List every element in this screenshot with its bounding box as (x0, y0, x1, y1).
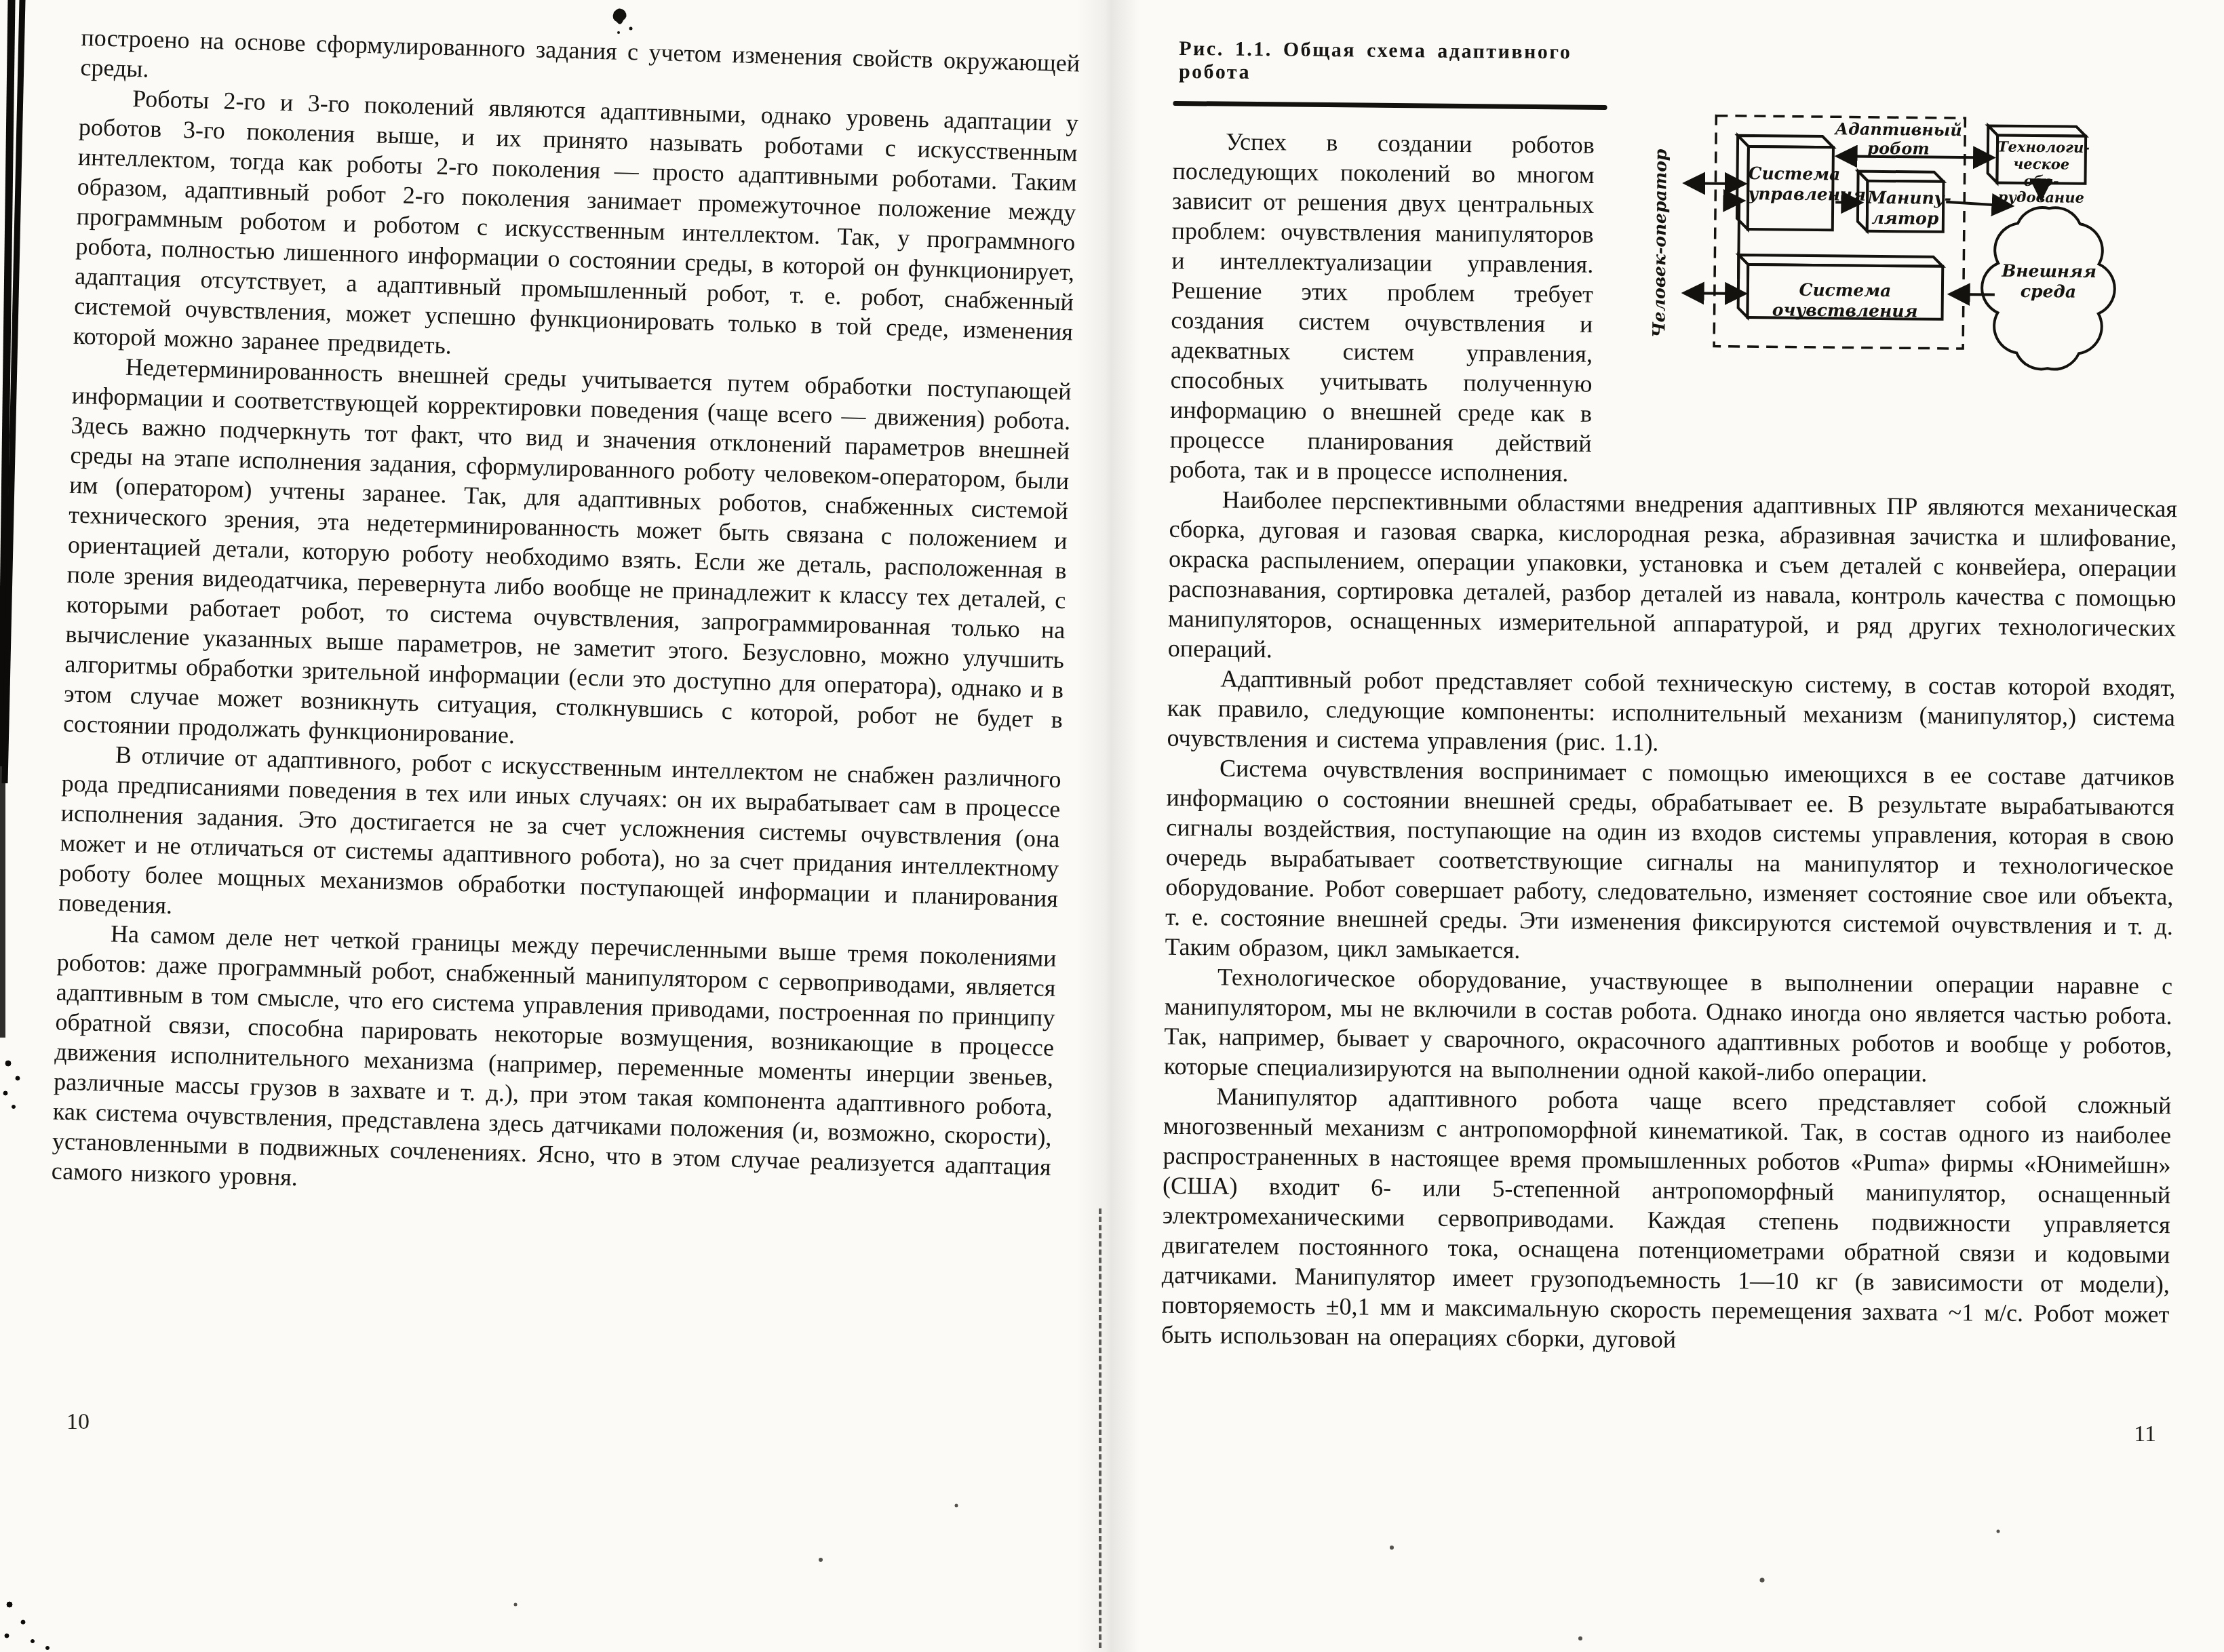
equipment-label: Технологи- ческое обо- рудование (1997, 139, 2086, 207)
sensing-system-label: Система очувствления (1748, 279, 1943, 321)
operator-sensing-arrow (1684, 293, 1745, 294)
figure-caption: Рис. 1.1. Общая схема адаптивного робота (1179, 37, 1641, 88)
paragraph: Наиболее перспективными областями внедре… (1168, 484, 2177, 673)
environment-sensing-arrow (1950, 294, 1995, 295)
paragraph: В отличие от адаптивного, робот с искусс… (58, 739, 1061, 943)
paragraph: Роботы 2-го и 3-го поколений являются ад… (73, 82, 1079, 376)
paragraph: Недетерминированность внешней среды учит… (63, 351, 1072, 764)
operator-control-arrow (1685, 183, 1744, 184)
human-operator-label: Человек-оператор (1649, 101, 1673, 386)
right-page: Адаптивный робот Система управления Мани… (1129, 0, 2224, 1652)
left-page-text-block: построено на основе сформулированного за… (51, 22, 1080, 1212)
left-page: построено на основе сформулированного за… (27, 0, 1102, 1652)
book-scan: построено на основе сформулированного за… (0, 0, 2224, 1652)
right-page-text-block: Адаптивный робот Система управления Мани… (1161, 37, 2182, 1359)
paragraph: Манипулятор адаптивного робота чаще всег… (1161, 1081, 2172, 1359)
manipulator-label: Манипу- лятор (1867, 188, 1944, 229)
paragraph: Адаптивный робот представляет собой техн… (1167, 663, 2175, 762)
paragraph: Технологическое оборудование, участвующе… (1164, 962, 2173, 1090)
caption-rule (1173, 101, 1607, 110)
diagram-linework (1601, 41, 2182, 454)
adaptive-robot-label: Адаптивный робот (1828, 119, 1970, 159)
paragraph: На самом деле нет четкой границы между п… (51, 918, 1057, 1212)
figure-1-1-diagram: Адаптивный робот Система управления Мани… (1601, 41, 2182, 454)
paragraph: Система очувствления воспринимает с помо… (1165, 753, 2174, 971)
page-number-left: 10 (66, 1409, 90, 1435)
page-number-right: 11 (2134, 1421, 2156, 1447)
environment-label: Внешняя среда (2002, 261, 2096, 302)
control-system-label: Система управления (1748, 163, 1833, 204)
